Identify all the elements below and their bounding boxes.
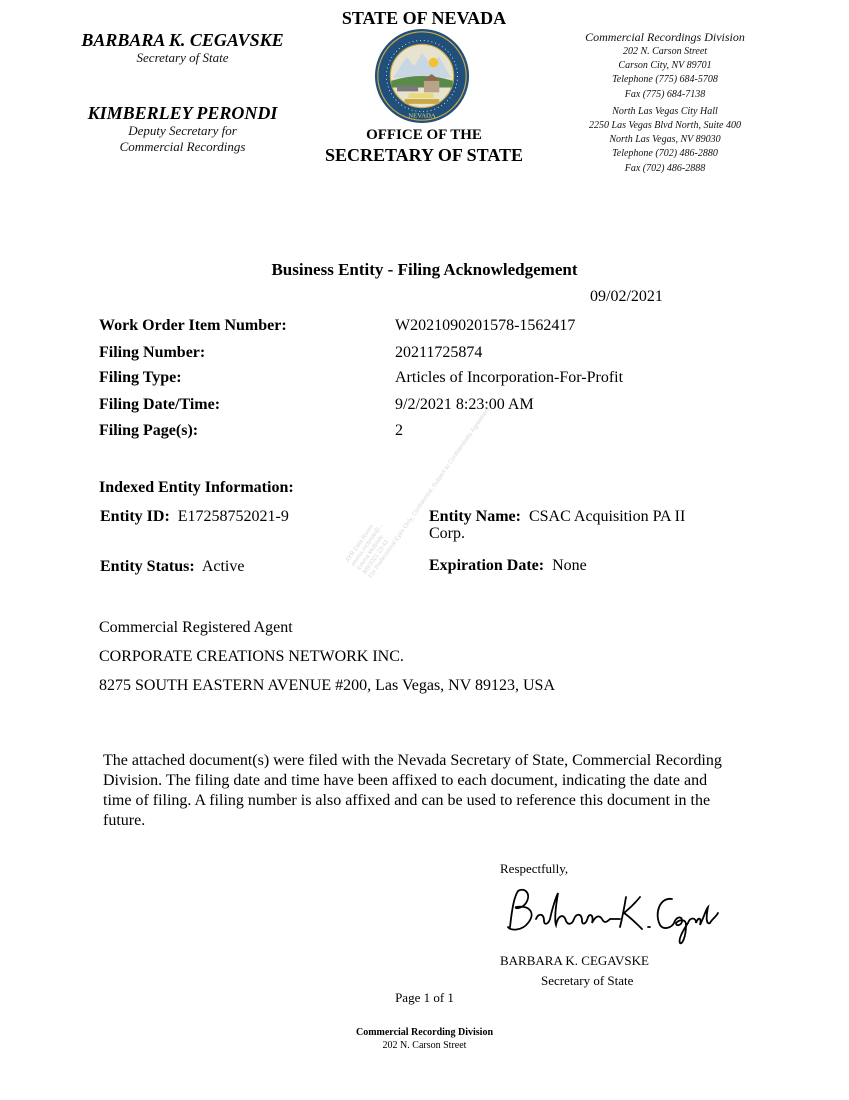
field-label: Filing Type: [99, 369, 182, 387]
office-line2: SECRETARY OF STATE [318, 145, 530, 166]
nevada-seal-icon: NEVADA [374, 28, 470, 124]
document-title: Business Entity - Filing Acknowledgement [0, 260, 849, 280]
field-label: Work Order Item Number: [99, 317, 287, 335]
deputy-title-line2: Commercial Recordings [60, 139, 305, 155]
expiration-label: Expiration Date: [429, 557, 544, 574]
division-title: Commercial Recordings Division [560, 30, 770, 45]
deputy-block: KIMBERLEY PERONDI Deputy Secretary for C… [60, 103, 305, 155]
secretary-name: BARBARA K. CEGAVSKE [60, 30, 305, 50]
footer-division: Commercial Recording Division [0, 1027, 849, 1038]
entity-status: Entity Status: Active [100, 558, 244, 576]
nlv-line: Fax (702) 486-2888 [560, 162, 770, 176]
agent-name: CORPORATE CREATIONS NETWORK INC. [99, 648, 404, 666]
entity-status-label: Entity Status: [100, 558, 195, 575]
nlv-line: Telephone (702) 486-2880 [560, 147, 770, 161]
filing-statement: The attached document(s) were filed with… [103, 751, 723, 831]
field-value: W2021090201578-1562417 [395, 317, 575, 335]
indexed-heading: Indexed Entity Information: [99, 479, 294, 497]
document-date: 09/02/2021 [590, 288, 663, 306]
signer-title: Secretary of State [500, 973, 722, 989]
expiration-value: None [552, 557, 587, 574]
deputy-title-line1: Deputy Secretary for [60, 123, 305, 139]
page-number: Page 1 of 1 [0, 990, 849, 1006]
carson-line: Carson City, NV 89701 [560, 59, 770, 73]
nlv-line: 2250 Las Vegas Blvd North, Suite 400 [560, 119, 770, 133]
footer-address: 202 N. Carson Street [0, 1040, 849, 1051]
field-label: Filing Date/Time: [99, 396, 220, 414]
entity-status-value: Active [202, 558, 245, 575]
closing: Respectfully, [500, 861, 722, 877]
svg-text:NEVADA: NEVADA [408, 112, 436, 119]
field-value: 2 [395, 422, 403, 440]
deputy-name: KIMBERLEY PERONDI [60, 103, 305, 123]
entity-id: Entity ID: E17258752021-9 [100, 508, 289, 526]
secretary-block: BARBARA K. CEGAVSKE Secretary of State [60, 30, 305, 66]
entity-id-value: E17258752021-9 [178, 508, 289, 525]
carson-line: Telephone (775) 684-5708 [560, 73, 770, 87]
nlv-line: North Las Vegas, NV 89030 [560, 133, 770, 147]
office-line1: OFFICE OF THE [318, 127, 530, 144]
signature-block: Respectfully, BARBARA K. CEGAVSKE Secret… [500, 861, 722, 989]
entity-name: Entity Name: CSAC Acquisition PA II Corp… [429, 508, 685, 542]
expiration-date: Expiration Date: None [429, 557, 587, 575]
division-contact-block: Commercial Recordings Division 202 N. Ca… [560, 30, 770, 176]
field-label: Filing Page(s): [99, 422, 198, 440]
entity-name-label: Entity Name: [429, 508, 521, 525]
state-title: STATE OF NEVADA [318, 8, 530, 29]
field-value: Articles of Incorporation-For-Profit [395, 369, 623, 387]
entity-id-label: Entity ID: [100, 508, 170, 525]
carson-line: 202 N. Carson Street [560, 45, 770, 59]
handwritten-signature-icon [502, 879, 722, 949]
agent-address: 8275 SOUTH EASTERN AVENUE #200, Las Vega… [99, 677, 555, 695]
signer-name: BARBARA K. CEGAVSKE [500, 953, 722, 969]
carson-line: Fax (775) 684-7138 [560, 88, 770, 102]
entity-name-value: CSAC Acquisition PA II [529, 508, 685, 525]
secretary-title: Secretary of State [60, 50, 305, 66]
entity-name-value-line2: Corp. [429, 525, 685, 542]
watermark: AYR Data Room emma.mcbride@... Emma McBr… [345, 390, 493, 580]
field-value: 20211725874 [395, 344, 482, 362]
nlv-line: North Las Vegas City Hall [560, 105, 770, 119]
field-label: Filing Number: [99, 344, 205, 362]
agent-heading: Commercial Registered Agent [99, 619, 293, 637]
